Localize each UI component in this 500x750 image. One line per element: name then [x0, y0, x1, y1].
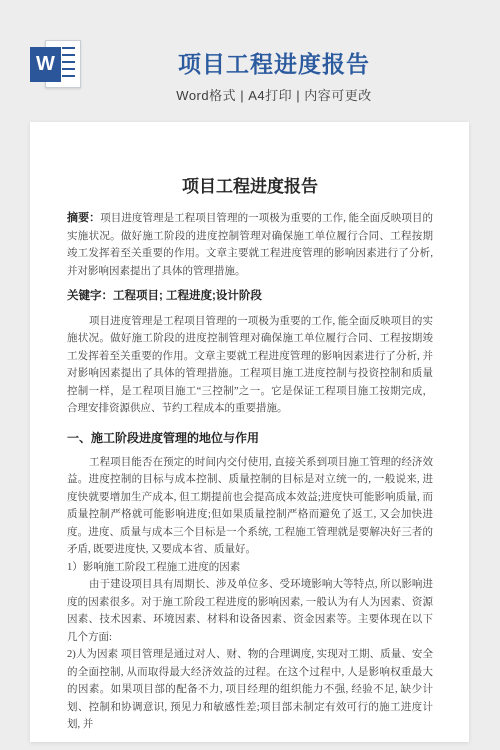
abstract-paragraph: 摘要：项目进度管理是工程项目管理的一项极为重要的工作, 能全面反映项目的实施状况…	[67, 210, 433, 280]
document-page-preview: 项目工程进度报告 摘要：项目进度管理是工程项目管理的一项极为重要的工作, 能全面…	[30, 122, 469, 742]
abstract-text: 项目进度管理是工程项目管理的一项极为重要的工作, 能全面反映项目的实施状况。做好…	[67, 213, 433, 277]
header: W 项目工程进度报告 Word格式 | A4打印 | 内容可更改	[0, 0, 500, 112]
keywords-line: 关键字：工程项目; 工程进度;设计阶段	[67, 288, 433, 306]
body-paragraph-2: 工程项目能否在预定的时间内交付使用, 直接关系到项目施工管理的经济效益。进度控制…	[67, 454, 433, 559]
word-icon-text-lines	[62, 47, 75, 81]
header-subtitle: Word格式 | A4打印 | 内容可更改	[48, 85, 500, 104]
section-heading-1: 一、施工阶段进度管理的地位与作用	[67, 429, 433, 447]
body-paragraph-4: 2)人为因素 项目管理是通过对人、财、物的合理调度, 实现对工期、质量、安全的全…	[67, 646, 433, 734]
abstract-label: 摘要：	[67, 212, 100, 224]
word-icon: W	[30, 39, 82, 89]
body-paragraph-1: 项目进度管理是工程项目管理的一项极为重要的工作, 能全面反映项目的实施状况。做好…	[67, 313, 433, 418]
document-title: 项目工程进度报告	[67, 172, 433, 197]
word-icon-w-panel: W	[30, 47, 61, 82]
sub-heading-1: 1）影响施工阶段工程施工进度的因素	[67, 559, 433, 577]
template-preview-page: W 项目工程进度报告 Word格式 | A4打印 | 内容可更改 项目工程进度报…	[0, 0, 500, 750]
header-title: 项目工程进度报告	[178, 46, 370, 79]
body-paragraph-3: 由于建设项目具有周期长、涉及单位多、受环境影响大等特点, 所以影响进度的因素很多…	[67, 576, 433, 646]
